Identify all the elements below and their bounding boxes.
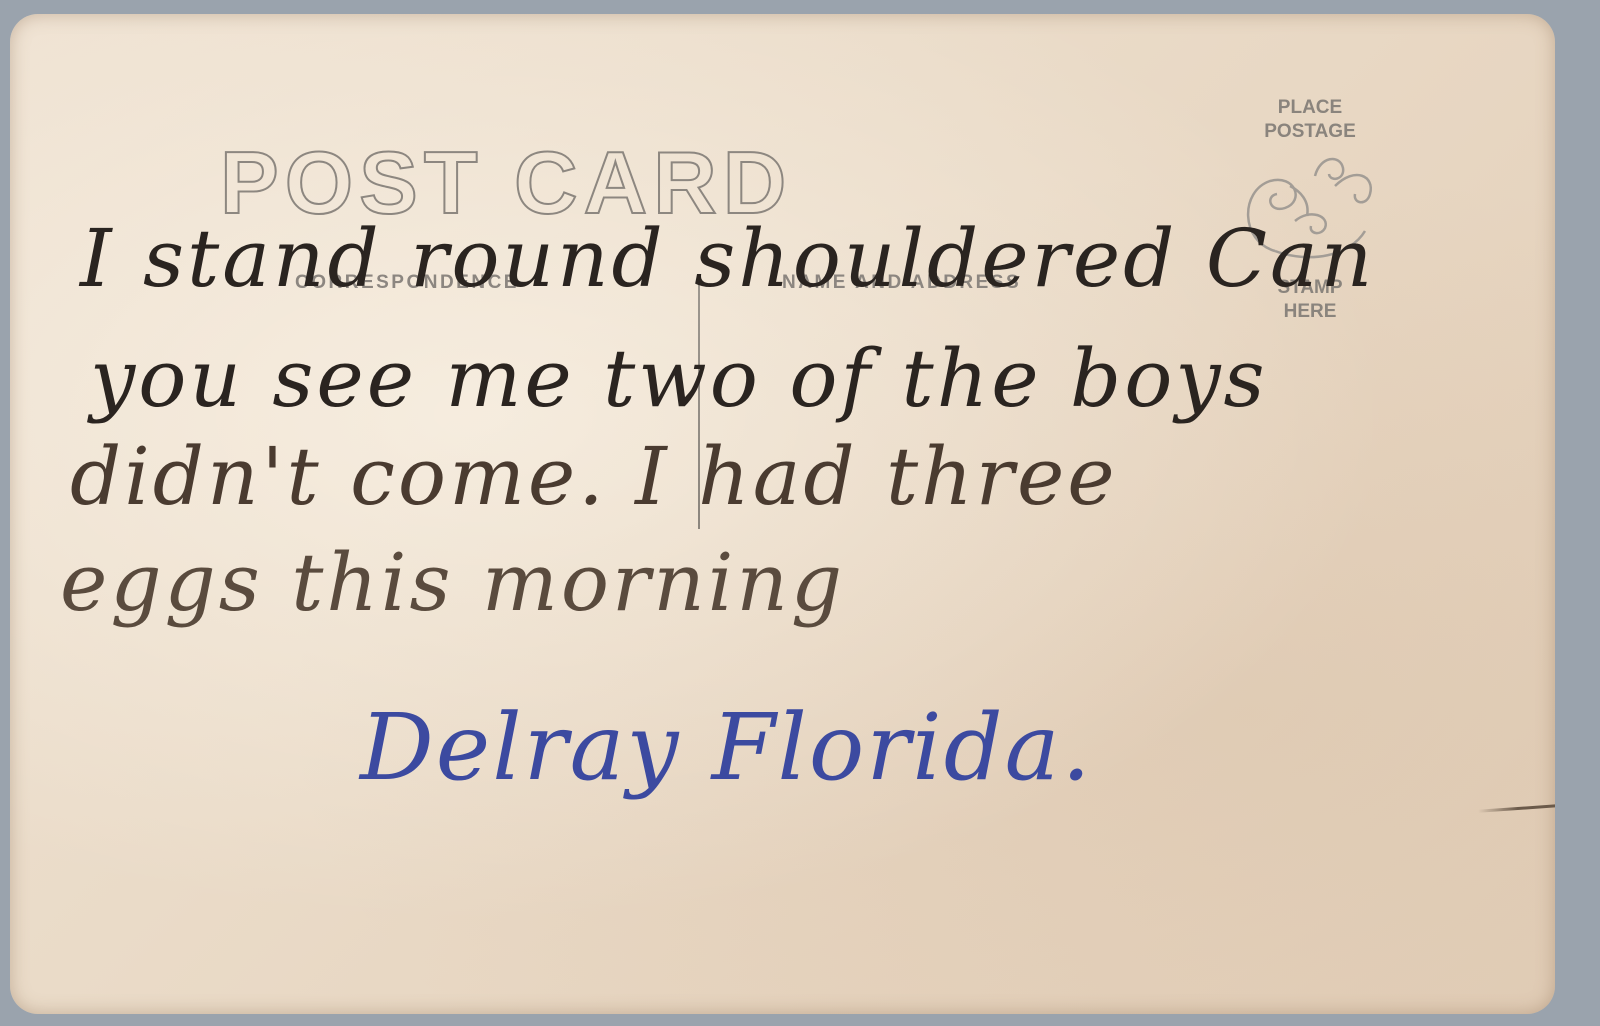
paper-crease (1478, 804, 1555, 813)
handwritten-line-2: you see me two of the boys (90, 332, 1268, 425)
handwritten-line-3: didn't come. I had three (70, 430, 1118, 523)
handwritten-line-1: I stand round shouldered Can (80, 212, 1375, 305)
postcard-back: POST CARD CORRESPONDENCE NAME AND ADDRES… (10, 14, 1555, 1014)
handwritten-line-4: eggs this morning (60, 536, 845, 629)
handwritten-location-signature: Delray Florida. (360, 694, 1093, 801)
stamp-text-postage: POSTAGE (1225, 120, 1395, 144)
stamp-text-place: PLACE (1225, 96, 1395, 120)
